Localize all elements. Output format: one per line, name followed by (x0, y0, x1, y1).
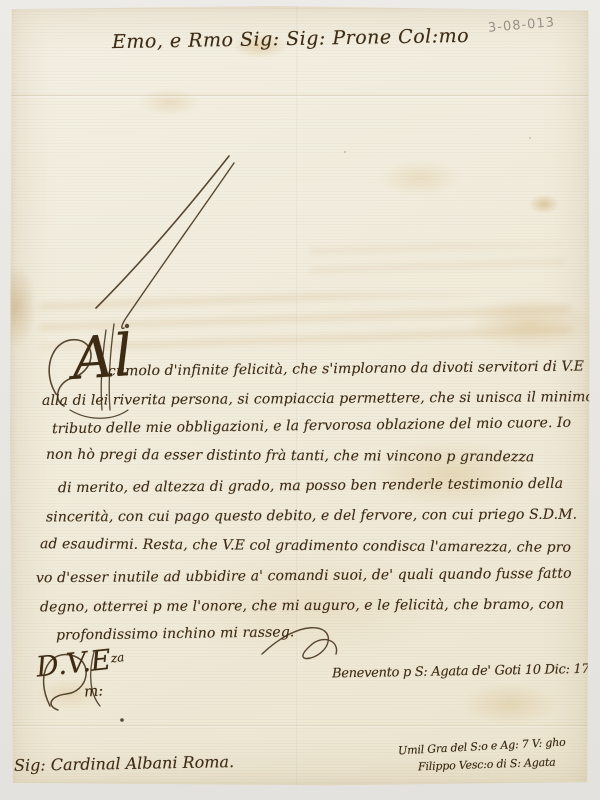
letter-body-line: di merito, ed altezza di grado, ma posso… (58, 476, 563, 496)
letter-body-line: ad esaudirmi. Resta, che V.E col gradime… (40, 536, 571, 556)
letter-address: Sig: Cardinal Albani Roma. (14, 752, 234, 775)
letter-body-line: degno, otterrei p me l'onore, che mi aug… (40, 597, 564, 616)
letter-closing-monogram: D.V.Eza (35, 641, 126, 683)
letter-salutation: Emo, e Rmo Sig: Sig: Prone Col:mo (112, 25, 469, 53)
closing-abbreviation: D.V.E (35, 643, 113, 684)
ink-showthrough (310, 244, 565, 278)
letter-closing-line2: m: (83, 681, 103, 700)
letter-body-line: cumolo d'infinite felicità, che s'implor… (108, 359, 584, 380)
fold-crease-horizontal (10, 94, 590, 98)
letter-paper: 3-08-013 Emo, e Rmo Sig: Sig: Prone Col:… (10, 6, 590, 786)
photo-background: { "archival": { "catalog_number": "3-08-… (0, 0, 600, 800)
letter-body-line: profondissimo inchino mi rasseg. (56, 624, 295, 643)
letter-body-line: non hò pregi da esser distinto frà tanti… (46, 447, 534, 466)
registry-annotation-line2: Filippo Vesc:o di S: Agata (418, 756, 556, 774)
catalog-number: 3-08-013 (487, 15, 555, 36)
letter-body-line: alla di lei riverita persona, si compiac… (42, 389, 590, 409)
closing-superscript: za (110, 650, 125, 665)
letter-body-line: vo d'esser inutile ad ubbidire a' comand… (36, 566, 572, 587)
letter-body-line: sincerità, con cui pago questo debito, e… (46, 507, 577, 526)
fold-crease-horizontal (10, 724, 590, 728)
letter-dateline: Benevento p S: Agata de' Goti 10 Dic: 17… (332, 662, 590, 682)
letter-body-line: tributo delle mie obbligazioni, e la fer… (52, 415, 571, 437)
registry-annotation-line1: Umil Gra del S:o e Ag: 7 V: gho (398, 736, 566, 758)
